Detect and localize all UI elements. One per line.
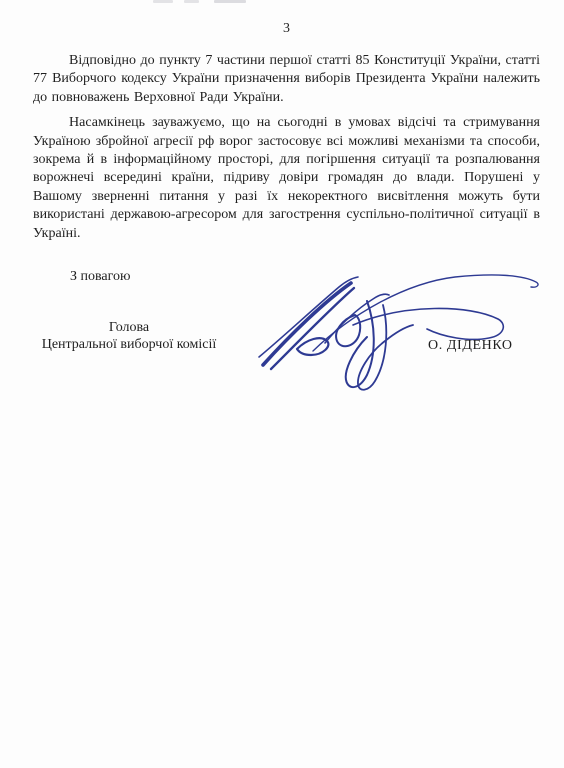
signature-stroke [271,288,354,369]
handwritten-signature-icon [255,253,557,399]
signer-title-line-2: Центральної виборчої комісії [40,336,218,353]
signature-stroke [336,315,360,346]
signature-stroke [353,309,503,340]
document-page: 3 Відповідно до пункту 7 частини першої … [0,0,564,768]
page-number: 3 [33,20,540,38]
signer-name: О. ДІДЕНКО [428,338,513,354]
signature-stroke [263,283,351,365]
signature-block: Голова Центральної виборчої комісії О. Д… [33,298,540,428]
signer-title: Голова Центральної виборчої комісії [40,319,218,353]
scan-artifact [153,0,173,3]
scan-artifact [184,0,199,3]
body-paragraph-2: Насамкінець зауважуємо, що на сьогодні в… [33,114,540,243]
signature-stroke [325,294,389,343]
signer-title-line-1: Голова [40,319,218,336]
body-paragraph-1: Відповідно до пункту 7 частини першої ст… [33,52,540,107]
scan-artifact [214,0,246,3]
